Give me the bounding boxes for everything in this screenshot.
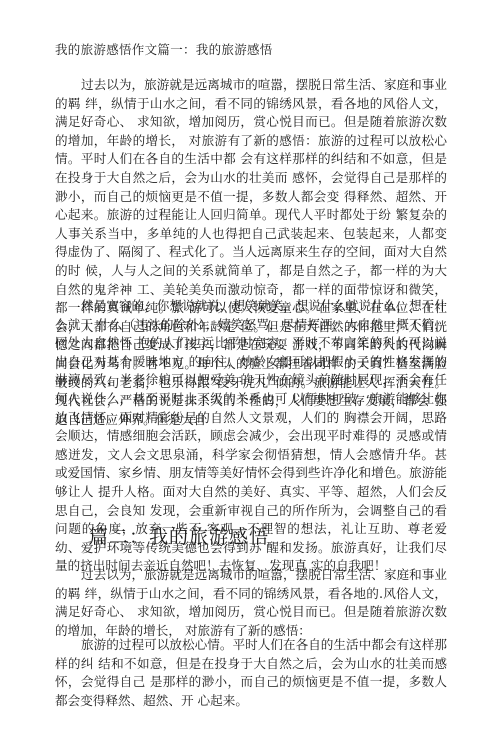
section1-paragraph-2: 然是宽容的，你想说就说，想笑就笑，想说什么就说什么，想干什么就干 什么（违法的除… (55, 297, 447, 497)
document-page: 我的旅游感悟作文篇一：我的旅游感悟 过去以为，旅游就是远离城市的喧嚣，摆脱日常生… (0, 0, 500, 747)
document-title: 我的旅游感悟作文篇一：我的旅游感悟 (55, 41, 273, 59)
section1-paragraph-1: 过去以为，旅游就是远离城市的喧嚣，摆脱日常生活、家庭和事业的羁 绊，纵情于山水之… (55, 76, 447, 286)
section2-paragraph-1: 过去以为，旅游就是远离城市的喧嚣，摆脱日常生活、家庭和事业的羁 绊，纵情于山水之… (55, 566, 447, 640)
section2-heading: 篇二：我的旅游感悟 (89, 524, 269, 550)
section2-paragraph-2: 旅游的过程可以放松心情。平时人们在各自的生活中都会有这样那样的纠 结和不如意，但… (55, 636, 447, 710)
